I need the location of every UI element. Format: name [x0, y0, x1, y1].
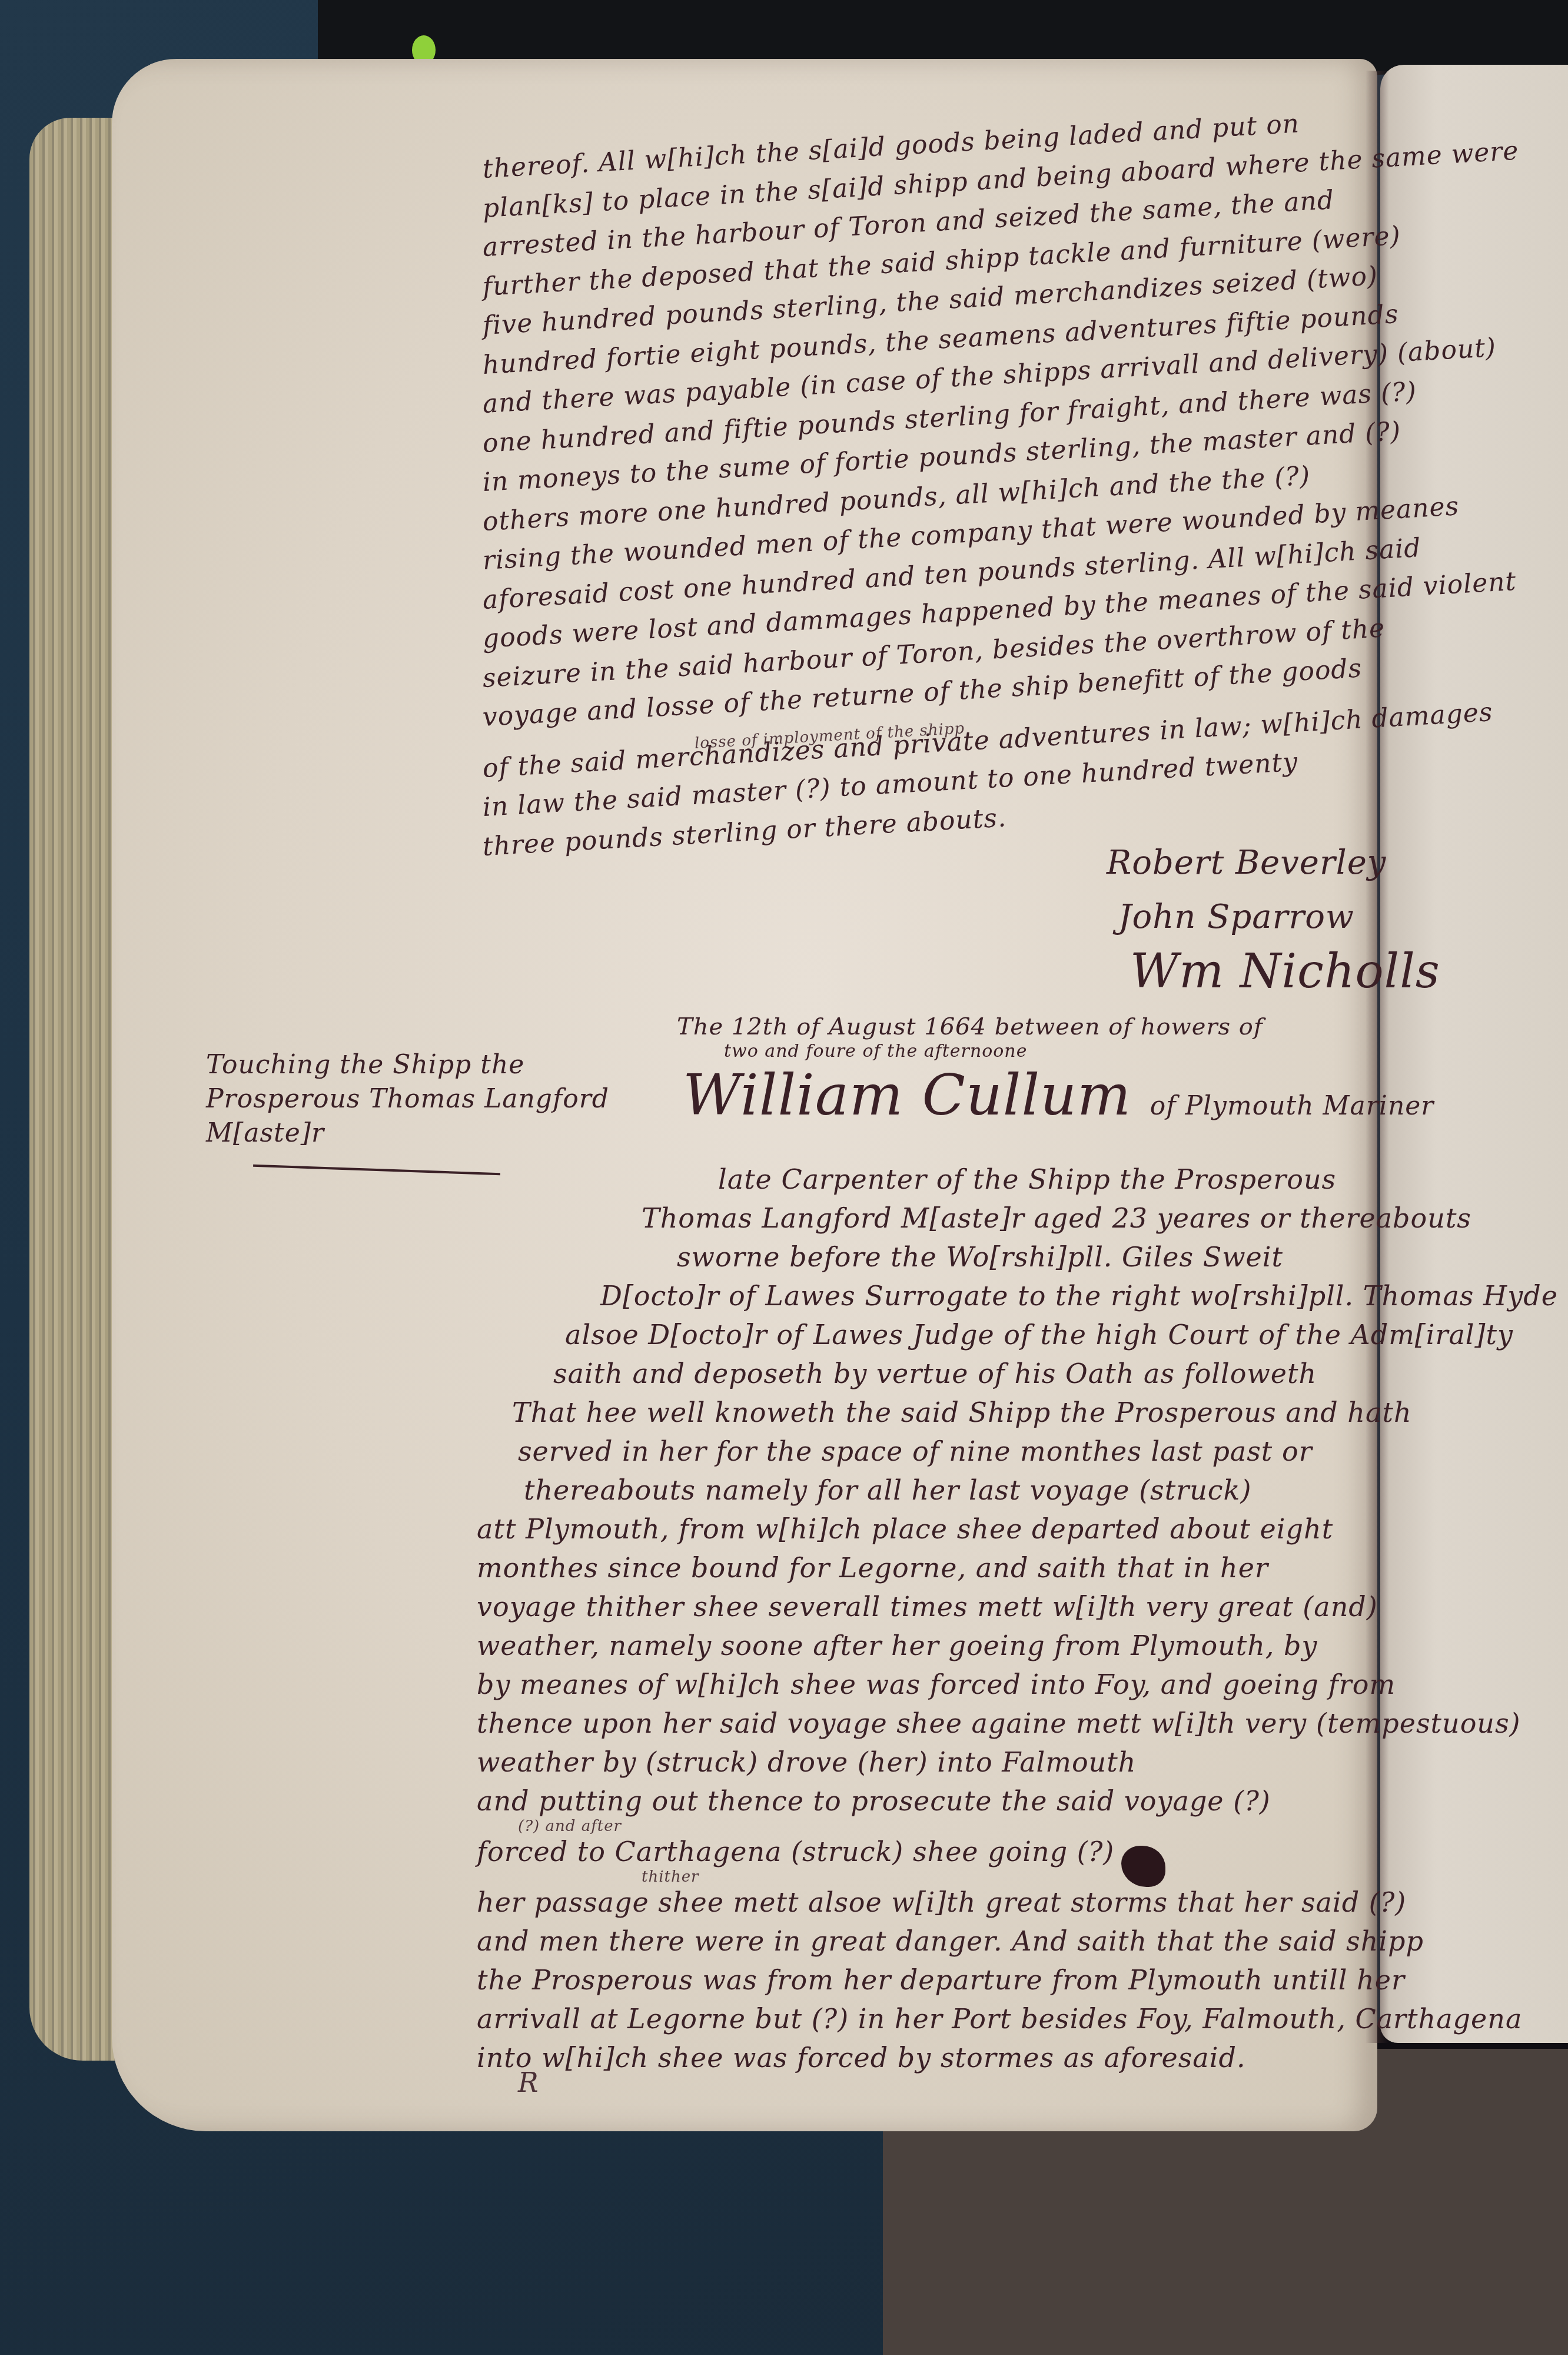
signature-robert-beverley: Robert Beverley — [1107, 836, 1401, 890]
text-line: and men there were in great danger. And … — [477, 1922, 1430, 1961]
text-line: sworne before the Wo[rshi]pll. Giles Swe… — [677, 1238, 1430, 1276]
text-line: late Carpenter of the Shipp the Prospero… — [718, 1160, 1430, 1199]
text-line: saith and deposeth by vertue of his Oath… — [553, 1354, 1430, 1393]
deponent-origin: of Plymouth Mariner — [1150, 1091, 1434, 1121]
text-line: by meanes of w[hi]ch shee was forced int… — [477, 1665, 1430, 1704]
margin-note-line: Prosperous Thomas Langford — [206, 1082, 677, 1116]
deposition-heading: The 12th of August 1664 between of hower… — [677, 1013, 1418, 1139]
text-line: voyage thither shee severall times mett … — [477, 1587, 1430, 1626]
text-line: thereabouts namely for all her last voya… — [524, 1471, 1430, 1510]
text-line: That hee well knoweth the said Shipp the… — [512, 1393, 1430, 1432]
margin-note-line: Touching the Shipp the — [206, 1048, 677, 1082]
text-line: D[octo]r of Lawes Surrogate to the right… — [600, 1276, 1430, 1315]
deposition-body: late Carpenter of the Shipp the Prospero… — [465, 1154, 1430, 2077]
text-line: and putting out thence to prosecute the … — [477, 1782, 1430, 1820]
text-line: served in her for the space of nine mont… — [518, 1432, 1430, 1471]
signature-block: Robert Beverley John Sparrow Wm Nicholls — [1095, 836, 1401, 999]
margin-note: Touching the Shipp the Prosperous Thomas… — [206, 1048, 677, 1150]
margin-note-line: M[aste]r — [206, 1116, 677, 1150]
text-line: her passage shee mett alsoe w[i]th great… — [477, 1883, 1430, 1922]
text-line: weather by (struck) drove (her) into Fal… — [477, 1743, 1430, 1782]
interlinear-insertion: thither — [642, 1871, 1430, 1883]
text-line: the Prosperous was from her departure fr… — [477, 1961, 1430, 1999]
text-line: into w[hi]ch shee was forced by stormes … — [477, 2038, 1430, 2077]
folio-mark: R — [518, 2067, 539, 2098]
text-line: Thomas Langford M[aste]r aged 23 yeares … — [642, 1199, 1430, 1238]
interlinear-insertion: (?) and after — [518, 1820, 1430, 1832]
text-line: alsoe D[octo]r of Lawes Judge of the hig… — [565, 1315, 1430, 1354]
deponent-name: William Cullum — [683, 1062, 1131, 1128]
text-line: weather, namely soone after her goeing f… — [477, 1626, 1430, 1665]
signature-john-sparrow: John Sparrow — [1118, 890, 1401, 944]
top-paragraph: thereof. All w[hi]ch the s[ai]d goods be… — [483, 150, 1401, 867]
deposition-date: The 12th of August 1664 between of hower… — [677, 1013, 1418, 1041]
deposition-time: two and foure of the afternoone — [724, 1041, 1418, 1062]
text-line: arrivall at Legorne but (?) in her Port … — [477, 1999, 1430, 2038]
text-line: forced to Carthagena (struck) shee going… — [477, 1832, 1430, 1871]
text-line: thence upon her said voyage shee againe … — [477, 1704, 1430, 1743]
text-line: monthes since bound for Legorne, and sai… — [477, 1548, 1430, 1587]
text-line: att Plymouth, from w[hi]ch place shee de… — [477, 1510, 1430, 1548]
signature-wm-nicholls: Wm Nicholls — [1130, 944, 1401, 999]
deponent-name-line: William Cullum of Plymouth Mariner — [683, 1062, 1418, 1139]
